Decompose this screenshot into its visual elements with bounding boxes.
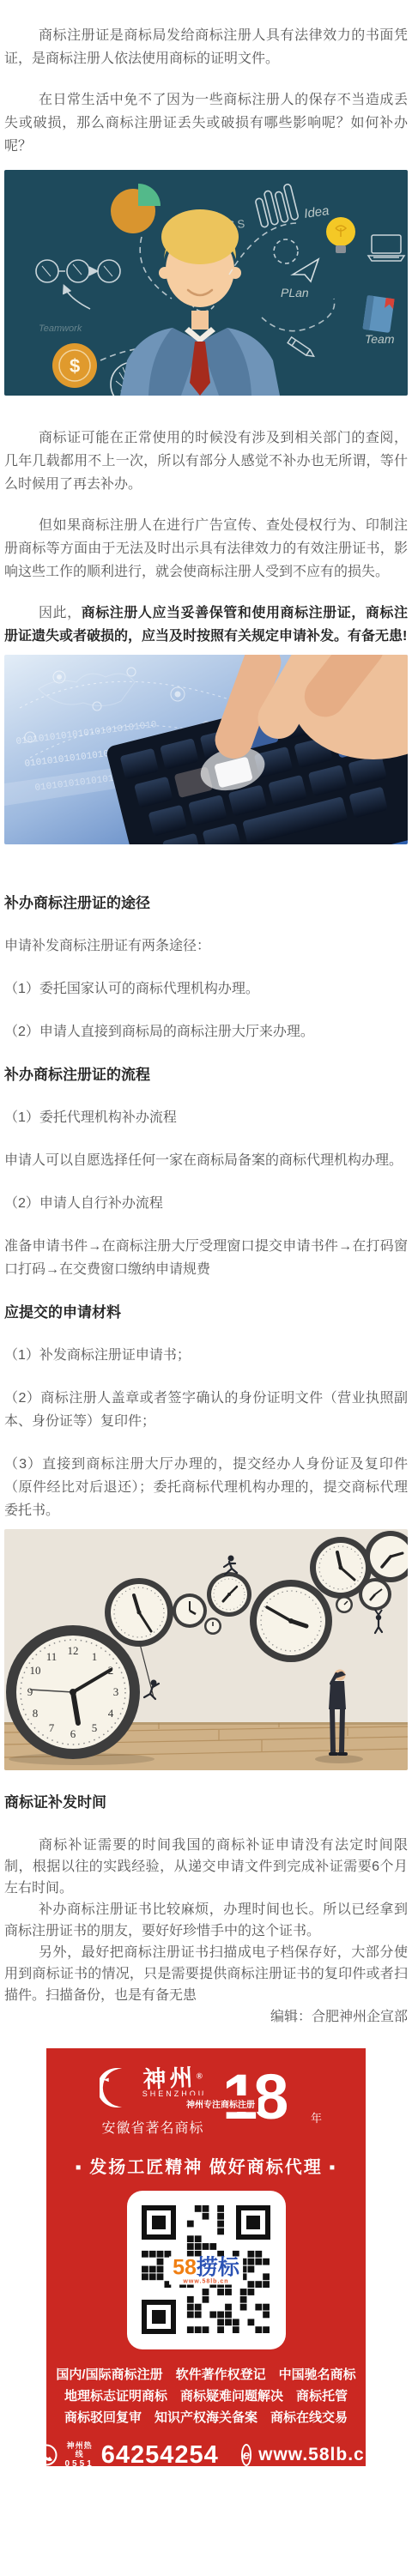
clocks-photo: 12 1 2 3 4 5 6 7 8 9 10 11 xyxy=(4,1529,408,1770)
services-line-1: 国内/国际商标注册 软件著作权登记 中国驰名商标 xyxy=(46,2364,366,2386)
clock-with-runner xyxy=(207,1572,251,1617)
clock-medium-left xyxy=(105,1578,173,1647)
anniversary-mark: 18 神州专注商标注册 年 xyxy=(222,2062,324,2132)
timing-paragraph-1: 商标补证需要的时间我国的商标补证申请没有法定时间限制，根据以往的实践经验，从递交… xyxy=(4,1835,408,1899)
process-desc-1: 申请人可以自愿选择任何一家在商标局备案的商标代理机构办理。 xyxy=(4,1149,408,1172)
ways-item-1: （1）委托国家认可的商标代理机构办理。 xyxy=(4,977,408,1001)
svg-text:9: 9 xyxy=(27,1685,33,1698)
hotline-area-code: 0551 xyxy=(64,2460,94,2469)
crescent-bird-icon xyxy=(100,2065,139,2110)
registered-mark: ® xyxy=(196,2071,206,2082)
anniversary-unit: 年 xyxy=(311,2109,322,2126)
banner-hotline: 神州热线 0551 64254254 e www.58lb.cn xyxy=(46,2441,366,2469)
doodle-plan-label: PLan xyxy=(281,286,309,299)
svg-text:1: 1 xyxy=(92,1650,98,1663)
timing-paragraph-2: 补办商标注册证书比较麻烦，办理时间也长。所以已经拿到商标注册证书的朋友，要好好珍… xyxy=(4,1899,408,1942)
svg-text:8: 8 xyxy=(33,1707,39,1720)
services-line-3: 商标驳回复审 知识产权海关备案 商标在线交易 xyxy=(46,2407,366,2428)
process-item-1: （1）委托代理机构补办流程 xyxy=(4,1106,408,1129)
materials-item-2: （2）商标注册人盖章或者签字确认的身份证明文件（营业执照副本、身份证等）复印件； xyxy=(4,1387,408,1433)
qr-center-logo: 58捞标 www.58lb.cn xyxy=(169,2256,243,2284)
clock-tiny-1 xyxy=(204,1618,221,1635)
impact-paragraph-1: 商标证可能在正常使用的时候没有涉及到相关部门的查阅，几年几载都用不上一次，所以有… xyxy=(4,426,408,496)
section-title-process: 补办商标注册证的流程 xyxy=(4,1063,408,1086)
keyboard-photo-image: 0101010101010101010101010 01010101010101… xyxy=(4,655,408,844)
article-page: 商标注册证是商标局发给商标注册人具有法律效力的书面凭证，是商标注册人依法使用商标… xyxy=(0,0,412,2502)
ways-item-2: （2）申请人直接到商标局的商标注册大厅来办理。 xyxy=(4,1020,408,1043)
ways-lead: 申请补发商标注册证有两条途径： xyxy=(4,934,408,958)
banner-logo-row: 神州® SHENZHOU 安徽省著名商标 18 神州专注商标注册 年 xyxy=(46,2062,366,2141)
hero-illustration: SUCCESS Teamwork $ xyxy=(4,170,408,396)
website-url: www.58lb.cn xyxy=(258,2445,376,2465)
svg-text:10: 10 xyxy=(30,1664,41,1677)
process-desc-2: 准备申请书件→在商标注册大厅受理窗口提交申请书件→在打码窗口打码→在交费窗口缴纳… xyxy=(4,1235,408,1281)
svg-text:7: 7 xyxy=(49,1721,55,1734)
website-icon: e xyxy=(241,2444,251,2466)
svg-text:11: 11 xyxy=(46,1650,58,1663)
timing-paragraphs: 商标补证需要的时间我国的商标补证申请没有法定时间限制，根据以往的实践经验，从递交… xyxy=(4,1835,408,2006)
clock-tiny-2 xyxy=(336,1596,353,1613)
timing-paragraph-3: 另外，最好把商标注册证书扫描成电子档保存好，大部分使用到商标证书的情况，只是需要… xyxy=(4,1942,408,2006)
clock-medium-right xyxy=(250,1580,332,1662)
banner-slogan: ▪ 发扬工匠精神 做好商标代理 ▪ xyxy=(46,2153,366,2178)
logo-honor-text: 安徽省著名商标 xyxy=(88,2117,217,2137)
section-title-ways: 补办商标注册证的途径 xyxy=(4,892,408,915)
conclusion-prefix: 因此， xyxy=(39,606,82,620)
clock-large: 12 1 2 3 4 5 6 7 8 9 10 11 xyxy=(6,1625,140,1759)
qr-logo-58: 58 xyxy=(173,2255,197,2279)
svg-text:6: 6 xyxy=(70,1727,76,1740)
clock-with-hanger xyxy=(359,1578,391,1611)
section-title-materials: 应提交的申请材料 xyxy=(4,1301,408,1324)
materials-item-3: （3）直接到商标注册大厅办理的，提交经办人身份证及复印件（原件经比对后退还）；委… xyxy=(4,1453,408,1522)
process-item-2: （2）申请人自行补办流程 xyxy=(4,1192,408,1215)
phone-icon xyxy=(35,2444,58,2466)
services-line-2: 地理标志证明商标 商标疑难问题解决 商标托管 xyxy=(46,2386,366,2407)
qr-logo-cn: 捞标 xyxy=(197,2255,239,2279)
svg-text:$: $ xyxy=(70,355,80,377)
clocks-photo-image: 12 1 2 3 4 5 6 7 8 9 10 11 xyxy=(4,1529,408,1770)
qr-code: 58捞标 www.58lb.cn xyxy=(127,2191,286,2349)
svg-text:3: 3 xyxy=(113,1685,119,1698)
clock-small-1 xyxy=(173,1593,207,1628)
doodle-teamwork-label: Teamwork xyxy=(39,324,82,334)
banner-services: 国内/国际商标注册 软件著作权登记 中国驰名商标 地理标志证明商标 商标疑难问题… xyxy=(46,2364,366,2428)
coin-icon: $ xyxy=(52,343,97,388)
logo-name-cn: 神州® xyxy=(142,2064,207,2093)
keyboard-photo: 0101010101010101010101010 01010101010101… xyxy=(4,655,408,844)
materials-item-1: （1）补发商标注册证申请书； xyxy=(4,1344,408,1367)
hotline-label-block: 神州热线 0551 xyxy=(64,2441,94,2469)
section-title-timing: 商标证补发时间 xyxy=(4,1791,408,1814)
promo-banner: 神州® SHENZHOU 安徽省著名商标 18 神州专注商标注册 年 ▪ 发扬工… xyxy=(46,2048,366,2466)
blue-book-icon xyxy=(362,295,394,333)
hotline-label: 神州热线 xyxy=(64,2441,94,2458)
anniversary-band-text: 神州专注商标注册 xyxy=(183,2095,258,2112)
intro-paragraph-1: 商标注册证是商标局发给商标注册人具有法律效力的书面凭证，是商标注册人依法使用商标… xyxy=(4,24,408,70)
conclusion-paragraph: 因此，商标注册人应当妥善保管和使用商标注册证，商标注册证遗失或者破损的，应当及时… xyxy=(4,602,408,648)
qr-logo-site: www.58lb.cn xyxy=(173,2278,239,2284)
hotline-number: 64254254 xyxy=(101,2442,219,2468)
impact-paragraph-2: 但如果商标注册人在进行广告宣传、查处侵权行为、印制注册商标等方面由于无法及时出示… xyxy=(4,514,408,584)
doodle-team-label: Team xyxy=(365,332,395,346)
editor-credit: 编辑：合肥神州企宣部 xyxy=(4,2006,408,2028)
hero-illustration-image: SUCCESS Teamwork $ xyxy=(4,170,408,396)
svg-text:5: 5 xyxy=(92,1721,98,1734)
intro-paragraph-2: 在日常生活中免不了因为一些商标注册人的保存不当造成丢失或破损，那么商标注册证丢失… xyxy=(4,88,408,158)
svg-text:4: 4 xyxy=(108,1707,114,1720)
svg-text:12: 12 xyxy=(68,1644,79,1657)
